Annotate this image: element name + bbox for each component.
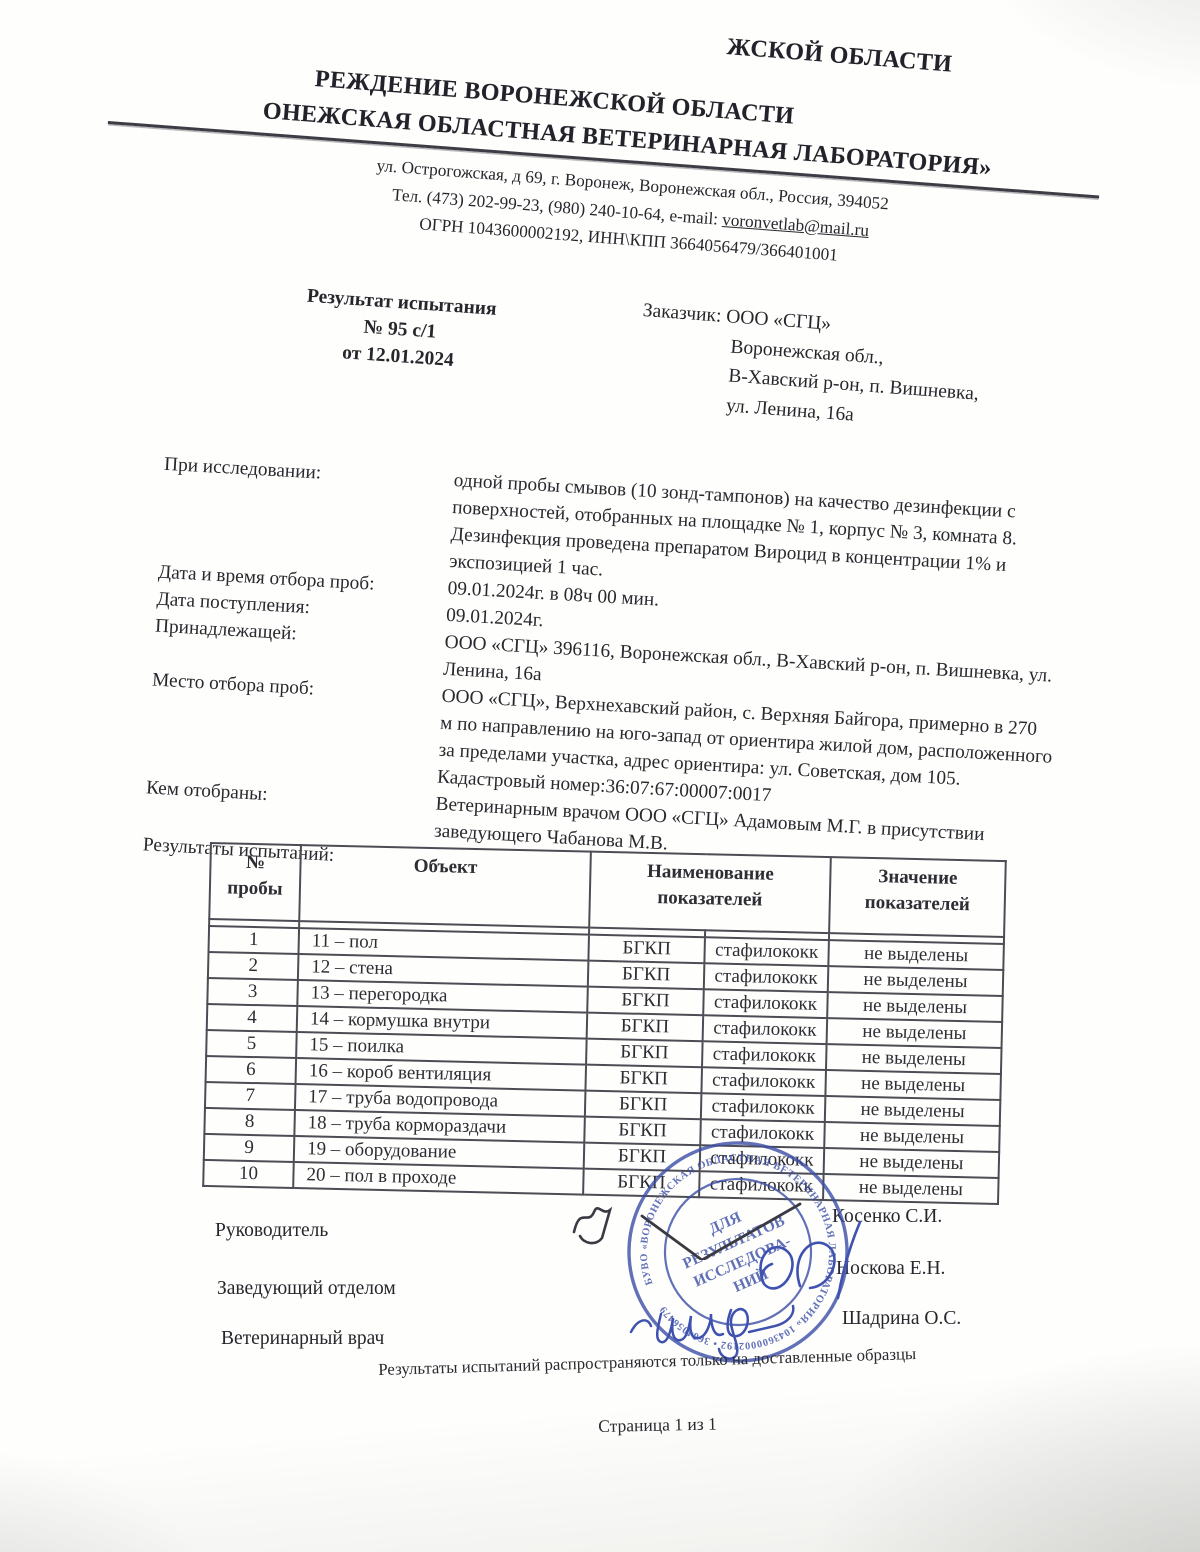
report-title-block: Результат испытания № 95 с/1 от 12.01.20… <box>278 281 521 378</box>
signature-role: Руководитель <box>215 1220 328 1242</box>
letterhead-org-line1: ЖСКОЙ ОБЛАСТИ <box>726 34 953 79</box>
table-cell: 7 <box>205 1082 296 1110</box>
table-cell: не выделены <box>828 966 1004 996</box>
table-cell: не выделены <box>825 1070 1001 1100</box>
table-cell: стафилококк <box>701 1067 826 1096</box>
table-cell: БГКП <box>586 1039 703 1068</box>
table-cell: БГКП <box>588 961 705 990</box>
results-table-body: 111 – полБГКПстафилококкне выделены212 –… <box>203 919 1004 1204</box>
table-cell: 20 – пол в проходе <box>293 1162 584 1195</box>
table-cell: стафилококк <box>704 937 829 966</box>
detail-label: Место отбора проб: <box>132 666 443 791</box>
table-cell: стафилококк <box>703 989 828 1018</box>
table-cell: БГКП <box>587 987 704 1016</box>
signature-role: Заведующий отделом <box>217 1278 396 1300</box>
table-cell: 6 <box>206 1056 297 1084</box>
table-cell: 5 <box>206 1030 297 1058</box>
table-cell: 4 <box>207 1004 298 1032</box>
table-cell: 10 <box>203 1160 294 1188</box>
header-indicator-value: Значение показателей <box>829 857 1006 937</box>
table-cell: не выделены <box>826 1044 1002 1074</box>
results-table-wrapper: № пробы Объект Наименование показателей … <box>202 842 1007 1205</box>
table-cell: стафилококк <box>702 1041 827 1070</box>
table-cell: 8 <box>204 1108 295 1136</box>
table-cell: не выделены <box>827 992 1003 1022</box>
table-cell: БГКП <box>585 1091 702 1120</box>
table-cell: 1 <box>209 926 300 954</box>
signature-role: Ветеринарный врач <box>221 1328 384 1350</box>
header-object: Объект <box>299 845 591 928</box>
table-cell: 9 <box>204 1134 295 1162</box>
details-rows: При исследовании:одной пробы смывов (10 … <box>129 450 1159 884</box>
detail-label: При исследовании: <box>144 450 455 575</box>
table-cell: стафилококк <box>703 1015 828 1044</box>
table-cell: БГКП <box>585 1065 702 1094</box>
table-cell: не выделены <box>825 1096 1001 1126</box>
header-indicator-name: Наименование показателей <box>589 852 831 933</box>
results-table: № пробы Объект Наименование показателей … <box>202 842 1007 1205</box>
page-number-label: Страница 1 из 1 <box>598 1414 717 1437</box>
table-cell: стафилококк <box>704 963 829 992</box>
customer-block: Заказчик: ООО «СГЦ» Воронежская обл., В-… <box>635 296 1063 444</box>
table-cell: БГКП <box>588 935 705 964</box>
scanned-report-page: ЖСКОЙ ОБЛАСТИ РЕЖДЕНИЕ ВОРОНЕЖСКОЙ ОБЛАС… <box>0 0 1200 1552</box>
table-cell: не выделены <box>827 1018 1003 1048</box>
table-cell: стафилококк <box>701 1093 826 1122</box>
table-cell: не выделены <box>828 940 1004 970</box>
table-cell: 3 <box>207 978 298 1006</box>
table-cell: БГКП <box>587 1013 704 1042</box>
header-sample-no: № пробы <box>209 843 301 921</box>
table-cell: 2 <box>208 952 299 980</box>
